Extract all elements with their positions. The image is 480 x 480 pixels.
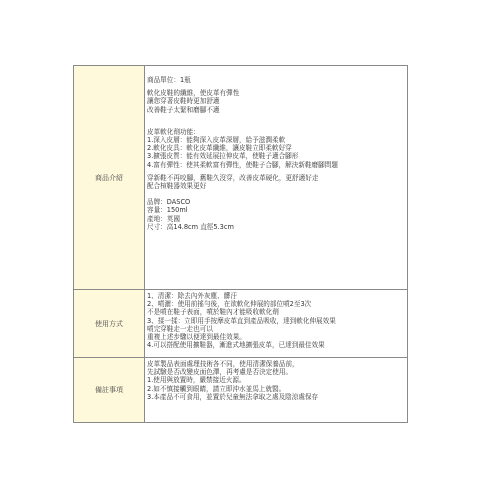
para-functions: 皮革軟化劑功能： 1.深入皮層：能夠深入皮革深層，給予滋潤柔軟 2.軟化皮具：軟… [147,128,405,169]
text-line: 容量：150ml [147,206,405,214]
para-comfort: 穿新鞋不再咬腳，舊鞋久沒穿，改善皮革硬化，更舒適好走 配合楦鞋器效果更好 [147,174,405,190]
para-specs: 品牌：DASCO 容量：150ml 產地：英國 尺寸：高14.8cm 直徑5.3… [147,198,405,231]
text-line: 1.使用與放置時，嚴禁接近火源。 [147,376,405,384]
text-line: 4.富有彈性：使其柔軟富有彈性，使鞋子合腳，解決新鞋磨腳問題 [147,161,405,169]
text-line: 1.深入皮層：能夠深入皮革深層，給予滋潤柔軟 [147,136,405,144]
label-product-intro: 商品介紹 [74,66,145,290]
text-line: 配合楦鞋器效果更好 [147,182,405,190]
content-notes: 皮革製品表面處理技術各不同，使用清潔保養品前， 先試驗是否改變皮面色澤，再考慮是… [145,358,408,423]
table-row-notes: 備註事項 皮革製品表面處理技術各不同，使用清潔保養品前， 先試驗是否改變皮面色澤… [74,358,408,423]
para-usage-steps: 1、清潔：除去內外灰塵、髒汙 2、噴灑：使用前搖勻後，在欲軟化伸展的部位噴2至3… [147,292,405,349]
para-notes: 皮革製品表面處理技術各不同，使用清潔保養品前， 先試驗是否改變皮面色澤，再考慮是… [147,360,405,401]
content-product-intro: 商品單位：1瓶 軟化皮鞋的纖維，使皮革有彈性 讓您穿著皮鞋時更加舒適 改善鞋子太… [145,66,408,290]
label-usage: 使用方式 [74,290,145,358]
text-line: 讓您穿著皮鞋時更加舒適 [147,97,405,105]
text-line: 3.本產品不可食用，並置於兒童無法拿取之處及陰涼處保存 [147,393,405,401]
text-line: 3.擴張皮質：能有效延展拉伸皮革，使鞋子適合腳形 [147,152,405,160]
text-line: 皮革製品表面處理技術各不同，使用清潔保養品前， [147,360,405,368]
text-line: 噴完穿鞋走一走也可以 [147,325,405,333]
text-line: 4.可以搭配使用擴鞋器，漸進式地擴張皮革，已達到最佳效果 [147,341,405,349]
text-line: 重複上述步驟以便達到最佳效果。 [147,333,405,341]
text-line: 皮革軟化劑功能： [147,128,405,136]
content-usage: 1、清潔：除去內外灰塵、髒汙 2、噴灑：使用前搖勻後，在欲軟化伸展的部位噴2至3… [145,290,408,358]
text-line: 3、揉一揉：立即用手按摩皮革直到產品吸收，達到軟化伸展效果 [147,317,405,325]
text-line: 改善鞋子太緊和磨腳不適 [147,106,405,114]
table-row-usage: 使用方式 1、清潔：除去內外灰塵、髒汙 2、噴灑：使用前搖勻後，在欲軟化伸展的部… [74,290,408,358]
text-line: 不是噴在鞋子表面，噴於鞋內才能吸收軟化劑 [147,308,405,316]
text-line: 尺寸：高14.8cm 直徑5.3cm [147,223,405,231]
text-line: 商品單位：1瓶 [147,76,405,84]
para-unit: 商品單位：1瓶 [147,76,405,84]
text-line: 產地：英國 [147,215,405,223]
text-line: 1、清潔：除去內外灰塵、髒汙 [147,292,405,300]
text-line: 穿新鞋不再咬腳，舊鞋久沒穿，改善皮革硬化，更舒適好走 [147,174,405,182]
para-benefits: 軟化皮鞋的纖維，使皮革有彈性 讓您穿著皮鞋時更加舒適 改善鞋子太緊和磨腳不適 [147,89,405,114]
product-spec-table: 商品介紹 商品單位：1瓶 軟化皮鞋的纖維，使皮革有彈性 讓您穿著皮鞋時更加舒適 … [73,65,408,423]
label-notes: 備註事項 [74,358,145,423]
table-row-product-intro: 商品介紹 商品單位：1瓶 軟化皮鞋的纖維，使皮革有彈性 讓您穿著皮鞋時更加舒適 … [74,66,408,290]
text-line: 2.如不慎接觸到眼睛，請立即沖水並馬上就醫。 [147,385,405,393]
